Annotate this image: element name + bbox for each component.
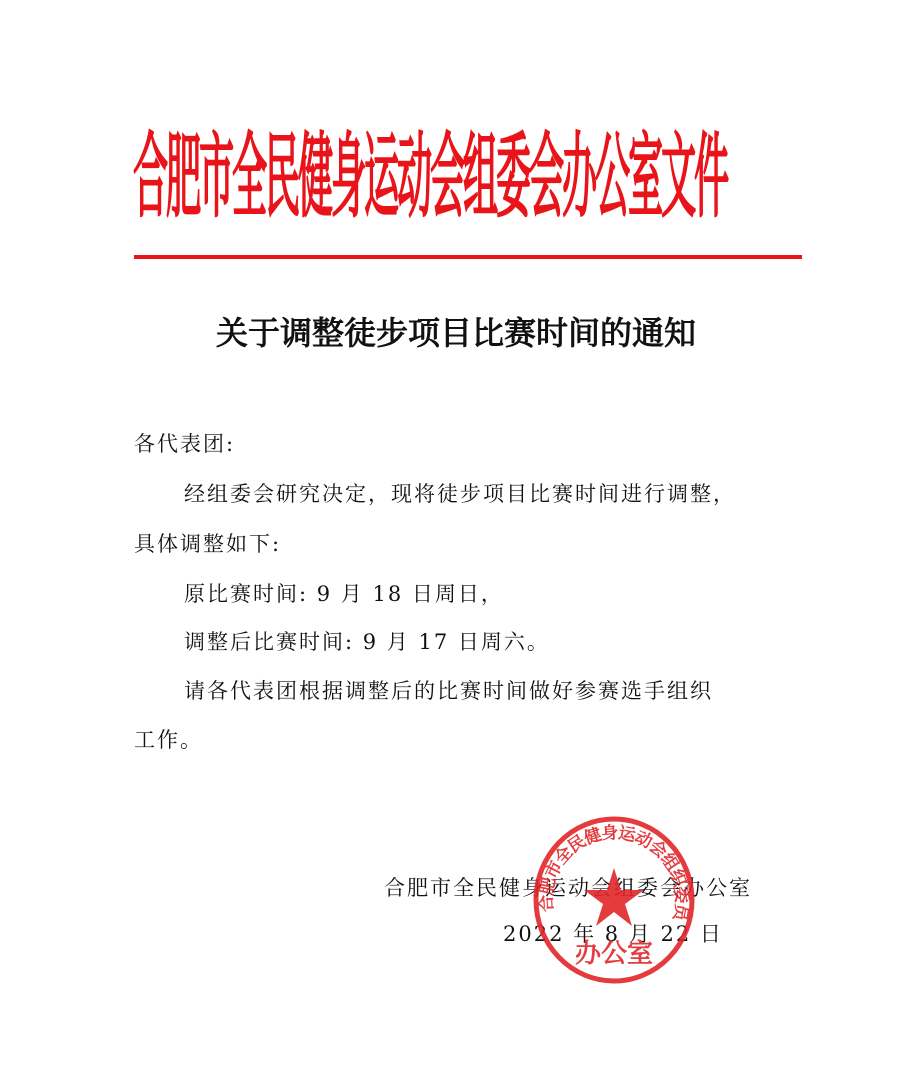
paragraph-2-line-1: 请各代表团根据调整后的比赛时间做好参赛选手组织 [184,675,864,705]
star-icon [584,868,644,926]
paragraph-1-line-1: 经组委会研究决定，现将徒步项目比赛时间进行调整， [184,478,864,508]
adjusted-time: 调整后比赛时间: 9 月 17 日周六。 [184,626,864,656]
official-seal: 合肥市全民健身运动会组织委员会 办公室 [532,816,696,984]
paragraph-1-line-2: 具体调整如下: [134,528,814,558]
document-page: 合肥市全民健身运动会组委会办公室文件 关于调整徒步项目比赛时间的通知 各代表团:… [0,0,912,1080]
original-time: 原比赛时间: 9 月 18 日周日， [184,578,864,608]
paragraph-2-line-2: 工作。 [134,724,814,754]
notice-title: 关于调整徒步项目比赛时间的通知 [0,308,912,354]
seal-center-text: 办公室 [575,939,653,969]
issuer-header-title: 合肥市全民健身运动会组委会办公室文件 [133,91,502,265]
red-divider-rule [134,255,802,259]
salutation: 各代表团: [134,428,814,458]
